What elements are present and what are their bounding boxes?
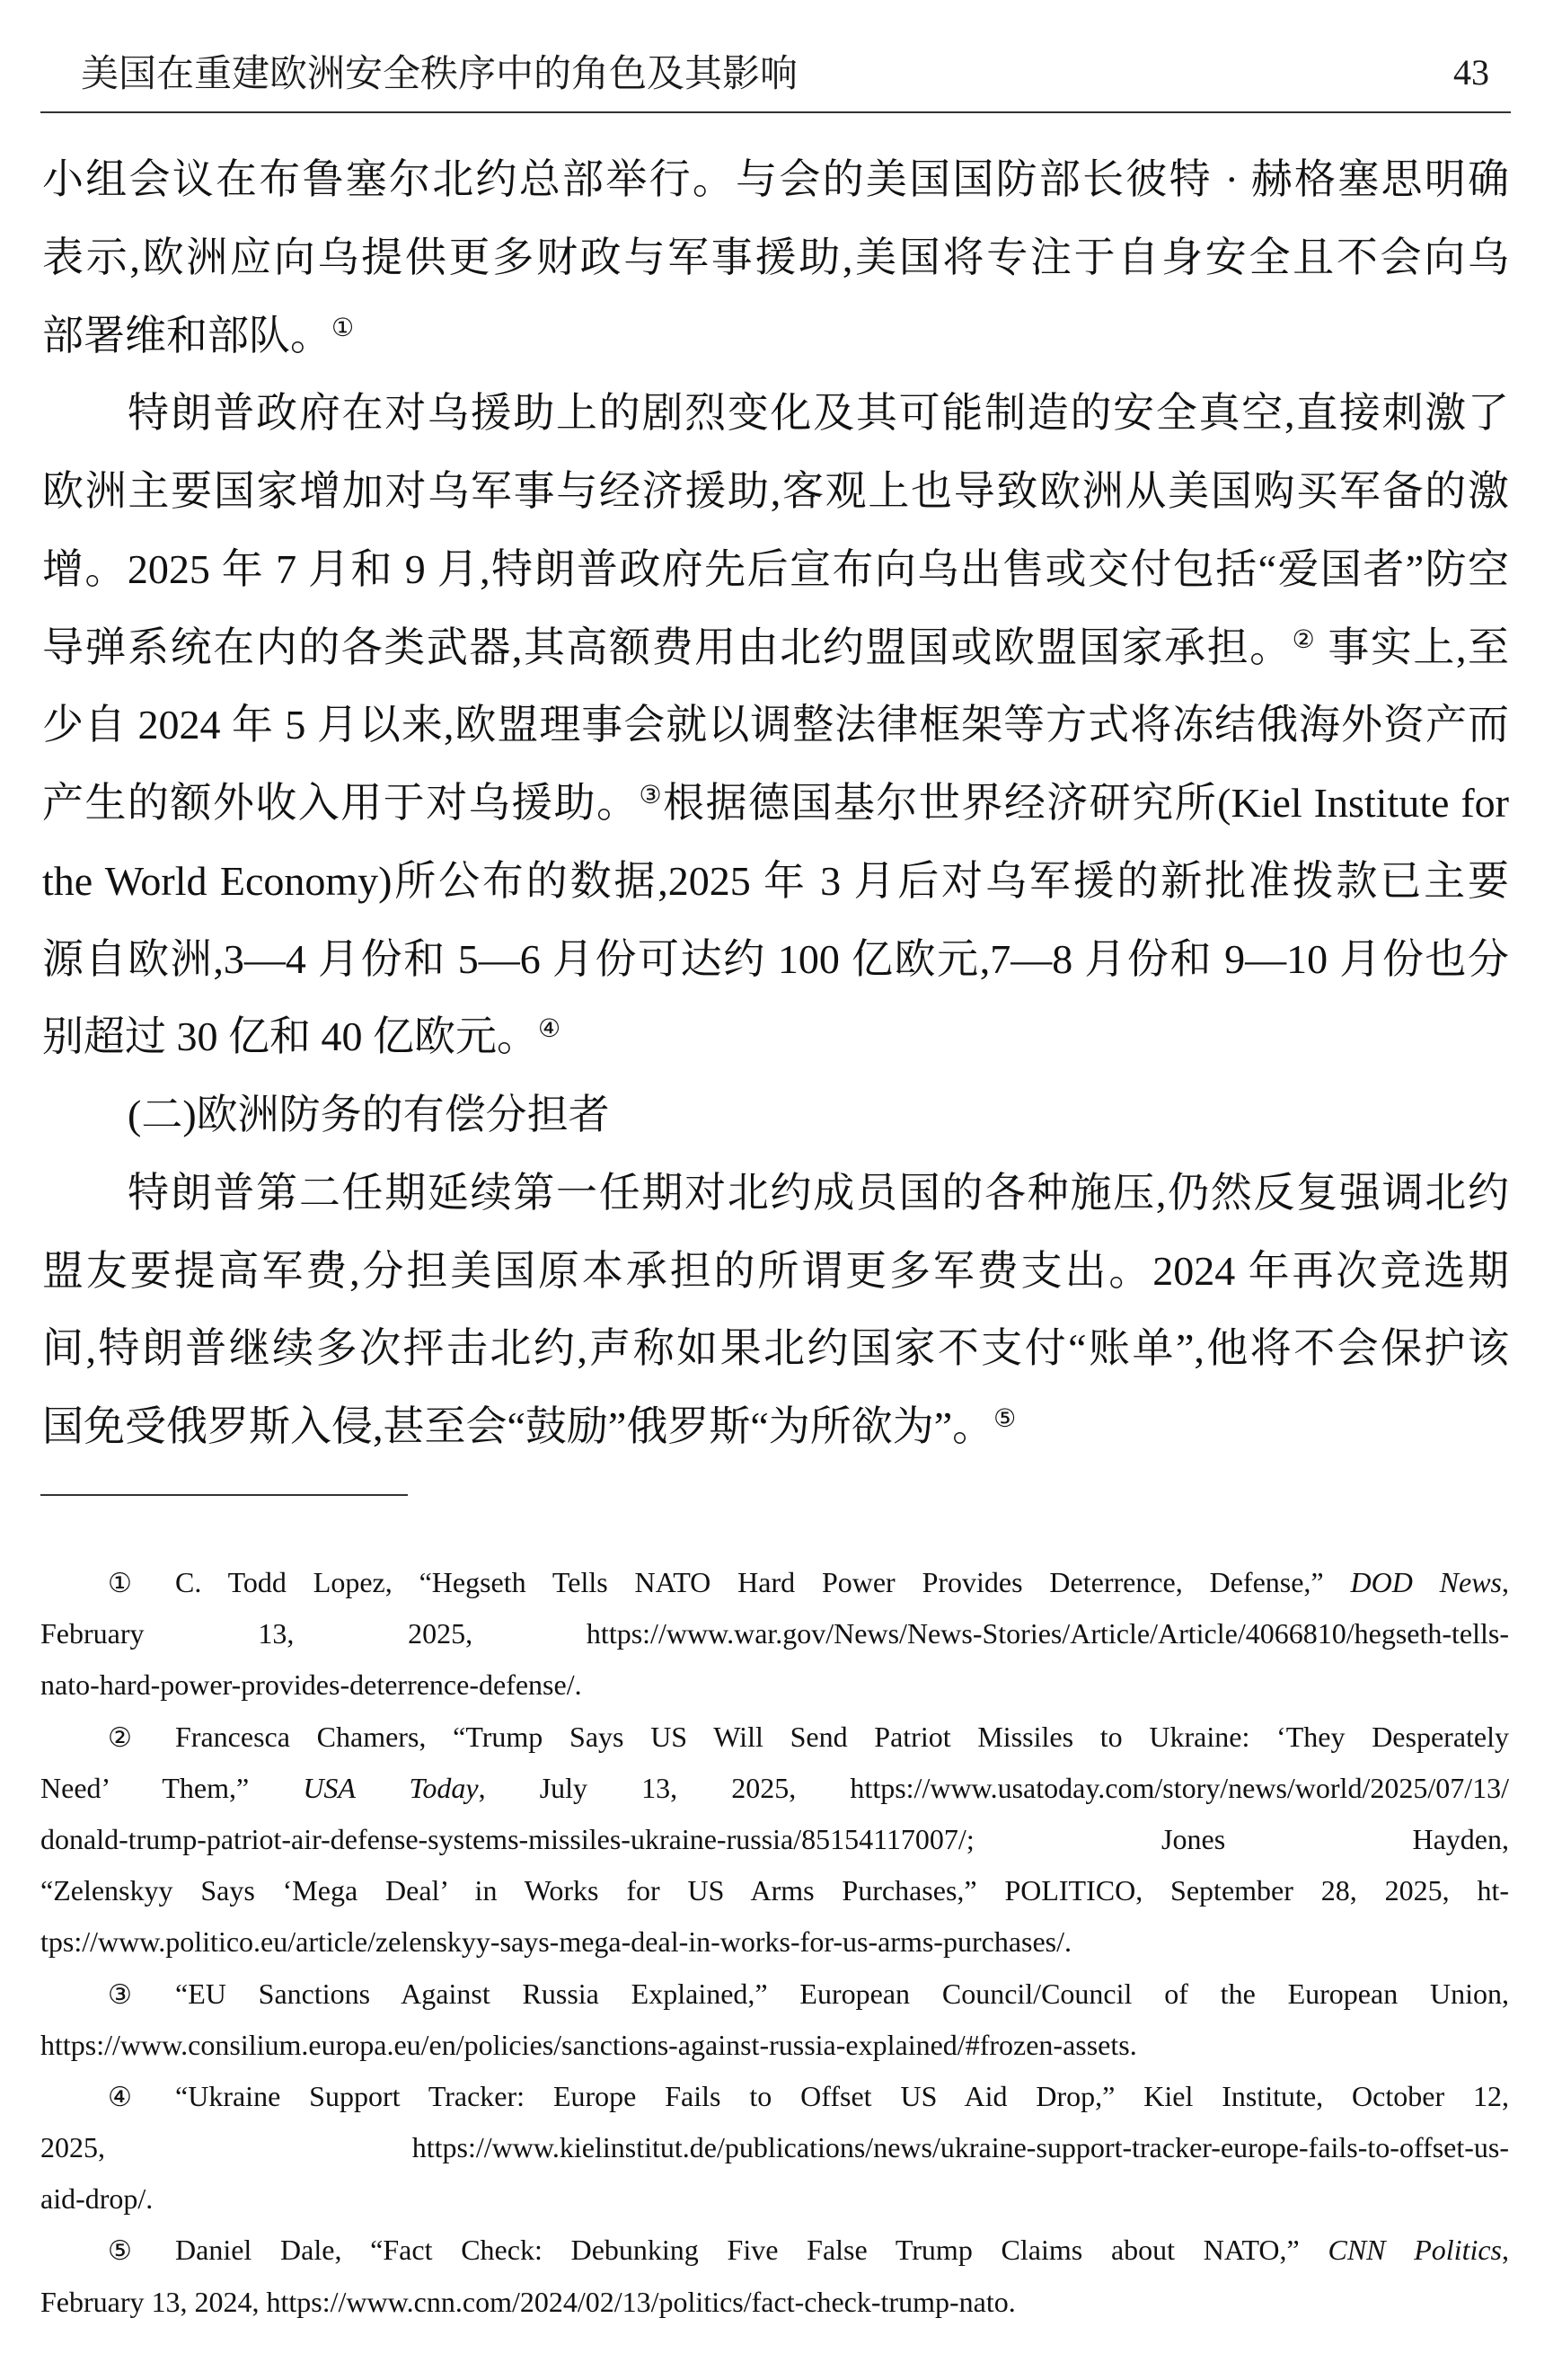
footnote-line: https://www.consilium.europa.eu/en/polic… [40, 2020, 1509, 2071]
footnote-5: ⑤Daniel Dale, “Fact Check: Debunking Fiv… [40, 2225, 1509, 2327]
footnote-2: ②Francesca Chamers, “Trump Says US Will … [40, 1712, 1509, 1969]
line-text: 导弹系统在内的各类武器,其高额费用由北约盟国或欧盟国家承担。 [42, 624, 1293, 670]
text-line: 产生的额外收入用于对乌援助。③根据德国基尔世界经济研究所(Kiel Instit… [42, 765, 1509, 843]
line-text: 别超过 30 亿和 40 亿欧元。 [42, 1013, 538, 1059]
text-line: 导弹系统在内的各类武器,其高额费用由北约盟国或欧盟国家承担。② 事实上,至 [42, 609, 1509, 687]
footnote-line: February 13, 2024, https://www.cnn.com/2… [40, 2277, 1509, 2328]
text-line: 特朗普第二任期延续第一任期对北约成员国的各种施压,仍然反复强调北约 [42, 1155, 1509, 1233]
footnote-text: Daniel Dale, “Fact Check: Debunking Five… [175, 2234, 1328, 2266]
footnote-1: ①C. Todd Lopez, “Hegseth Tells NATO Hard… [40, 1557, 1509, 1712]
text-line: 小组会议在布鲁塞尔北约总部举行。与会的美国国防部长彼特 · 赫格塞思明确 [42, 141, 1509, 219]
footnote-line: tps://www.politico.eu/article/zelenskyy-… [40, 1916, 1509, 1968]
footnote-3: ③“EU Sanctions Against Russia Explained,… [40, 1969, 1509, 2071]
footnote-marker: ① [108, 1558, 175, 1609]
footnote-line: nato-hard-power-provides-deterrence-defe… [40, 1659, 1509, 1711]
text-line: 源自欧洲,3—4 月份和 5—6 月份可达约 100 亿欧元,7—8 月份和 9… [42, 921, 1509, 999]
footnote-line: ③“EU Sanctions Against Russia Explained,… [40, 1969, 1509, 2020]
body-text: 小组会议在布鲁塞尔北约总部举行。与会的美国国防部长彼特 · 赫格塞思明确 表示,… [42, 141, 1509, 1466]
footnote-ref-3: ③ [640, 780, 664, 810]
header-rule [40, 111, 1511, 113]
footnote-marker: ② [108, 1712, 175, 1764]
line-text: 产生的额外收入用于对乌援助。 [42, 780, 640, 826]
line-text: 国免受俄罗斯入侵,甚至会“鼓励”俄罗斯“为所欲为”。 [42, 1403, 993, 1449]
publication-title: CNN Politics [1328, 2234, 1502, 2266]
footnote-line: ④“Ukraine Support Tracker: Europe Fails … [40, 2071, 1509, 2122]
footnote-text: , July 13, 2025, https://www.usatoday.co… [479, 1772, 1509, 1804]
footnote-4: ④“Ukraine Support Tracker: Europe Fails … [40, 2071, 1509, 2225]
footnote-line: ⑤Daniel Dale, “Fact Check: Debunking Fiv… [40, 2225, 1509, 2276]
text-line: 国免受俄罗斯入侵,甚至会“鼓励”俄罗斯“为所欲为”。⑤ [42, 1388, 1509, 1466]
footnote-text: “Ukraine Support Tracker: Europe Fails t… [175, 2080, 1509, 2112]
footnote-ref-1: ① [331, 313, 354, 342]
footnote-line: “Zelenskyy Says ‘Mega Deal’ in Works for… [40, 1865, 1509, 1916]
footnote-line: February 13, 2025, https://www.war.gov/N… [40, 1608, 1509, 1659]
footnote-separator [40, 1494, 408, 1496]
text-line: 增。2025 年 7 月和 9 月,特朗普政府先后宣布向乌出售或交付包括“爱国者… [42, 531, 1509, 609]
footnote-ref-4: ④ [538, 1013, 560, 1043]
section-heading: (二)欧洲防务的有偿分担者 [42, 1076, 1509, 1155]
text-line: 别超过 30 亿和 40 亿欧元。④ [42, 998, 1509, 1076]
footnote-text: Francesca Chamers, “Trump Says US Will S… [175, 1721, 1509, 1753]
text-line: 欧洲主要国家增加对乌军事与经济援助,客观上也导致欧洲从美国购买军备的激 [42, 453, 1509, 531]
line-text: 事实上,至 [1316, 624, 1509, 670]
text-line: 间,特朗普继续多次抨击北约,声称如果北约国家不支付“账单”,他将不会保护该 [42, 1310, 1509, 1388]
footnote-line: ②Francesca Chamers, “Trump Says US Will … [40, 1712, 1509, 1763]
paragraph: 特朗普政府在对乌援助上的剧烈变化及其可能制造的安全真空,直接刺激了 欧洲主要国家… [42, 375, 1509, 1076]
text-line: 特朗普政府在对乌援助上的剧烈变化及其可能制造的安全真空,直接刺激了 [42, 375, 1509, 453]
paragraph: 小组会议在布鲁塞尔北约总部举行。与会的美国国防部长彼特 · 赫格塞思明确 表示,… [42, 141, 1509, 375]
footnotes: ①C. Todd Lopez, “Hegseth Tells NATO Hard… [40, 1557, 1509, 2328]
line-text: 根据德国基尔世界经济研究所(Kiel Institute for [663, 780, 1509, 826]
footnote-marker: ⑤ [108, 2225, 175, 2277]
text-line: 表示,欧洲应向乌提供更多财政与军事援助,美国将专注于自身安全且不会向乌 [42, 219, 1509, 297]
footnote-line: donald-trump-patriot-air-defense-systems… [40, 1814, 1509, 1865]
footnote-marker: ④ [108, 2072, 175, 2123]
text-line: 部署维和部队。① [42, 297, 1509, 376]
text-line: 少自 2024 年 5 月以来,欧盟理事会就以调整法律框架等方式将冻结俄海外资产… [42, 686, 1509, 765]
footnote-line: aid-drop/. [40, 2173, 1509, 2225]
footnote-line: ①C. Todd Lopez, “Hegseth Tells NATO Hard… [40, 1557, 1509, 1608]
footnote-marker: ③ [108, 1969, 175, 2021]
footnote-line: 2025, https://www.kielinstitut.de/public… [40, 2122, 1509, 2173]
running-title: 美国在重建欧洲安全秩序中的角色及其影响 [81, 56, 798, 93]
footnote-text: C. Todd Lopez, “Hegseth Tells NATO Hard … [175, 1566, 1350, 1598]
footnote-line: Need’ Them,” USA Today, July 13, 2025, h… [40, 1763, 1509, 1814]
text-line: the World Economy)所公布的数据,2025 年 3 月后对乌军援… [42, 843, 1509, 921]
footnote-text: , [1502, 1566, 1509, 1598]
footnote-text: , [1502, 2234, 1509, 2266]
footnote-text: Need’ Them,” [40, 1772, 303, 1804]
paragraph: 特朗普第二任期延续第一任期对北约成员国的各种施压,仍然反复强调北约 盟友要提高军… [42, 1155, 1509, 1466]
publication-title: DOD News [1350, 1566, 1502, 1598]
line-text: 部署维和部队。 [42, 313, 331, 358]
footnote-text: “EU Sanctions Against Russia Explained,”… [175, 1977, 1509, 2010]
page-number: 43 [1453, 55, 1489, 91]
text-line: 盟友要提高军费,分担美国原本承担的所谓更多军费支出。2024 年再次竞选期 [42, 1233, 1509, 1311]
footnote-ref-5: ⑤ [993, 1403, 1016, 1433]
footnote-ref-2: ② [1293, 624, 1317, 654]
publication-title: USA Today [303, 1772, 478, 1804]
